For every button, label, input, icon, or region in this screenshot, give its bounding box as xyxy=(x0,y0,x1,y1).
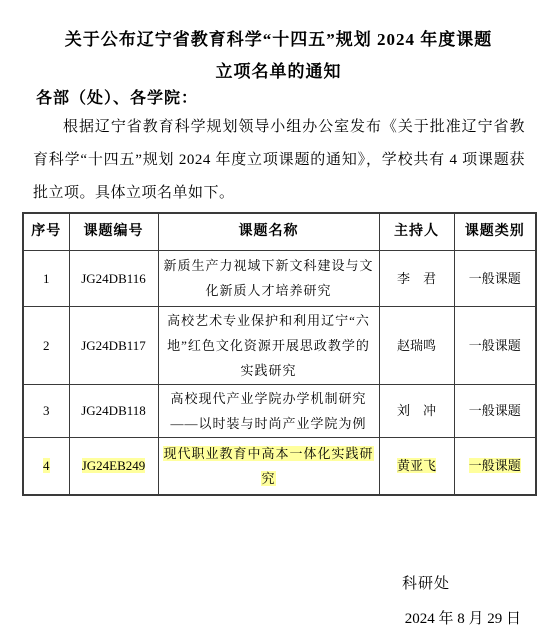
row-code: JG24DB118 xyxy=(81,403,146,418)
col-header-category: 课题类别 xyxy=(454,213,536,250)
title-line-2: 立项名单的通知 xyxy=(22,56,535,88)
row-title: 高校现代产业学院办学机制研究——以时装与时尚产业学院为例 xyxy=(170,391,366,431)
signature: 科研处 xyxy=(0,572,450,593)
row-leader: 李 君 xyxy=(397,271,436,286)
salutation: 各部（处）、各学院： xyxy=(36,85,198,108)
col-header-leader: 主持人 xyxy=(379,213,454,250)
table-row-highlighted: 4 JG24EB249 现代职业教育中高本一体化实践研究 黄亚飞 一般课题 xyxy=(23,437,536,495)
row-no: 1 xyxy=(43,271,50,286)
row-no: 3 xyxy=(43,403,50,418)
body-paragraph: 根据辽宁省教育科学规划领导小组办公室发布《关于批准辽宁省教育科学“十四五”规划 … xyxy=(33,111,525,210)
row-code: JG24DB116 xyxy=(81,271,146,286)
table-row: 2 JG24DB117 高校艺术专业保护和利用辽宁“六地”红色文化资源开展思政教… xyxy=(23,306,536,384)
project-table: 序号 课题编号 课题名称 主持人 课题类别 1 JG24DB116 新质生产力视… xyxy=(22,212,537,496)
col-header-no: 序号 xyxy=(23,213,69,250)
table-header-row: 序号 课题编号 课题名称 主持人 课题类别 xyxy=(23,213,536,250)
date: 2024 年 8 月 29 日 xyxy=(0,607,521,628)
row-code: JG24EB249 xyxy=(82,458,146,473)
row-leader: 赵瑞鸣 xyxy=(397,338,436,353)
document-page: 关于公布辽宁省教育科学“十四五”规划 2024 年度课题 立项名单的通知 各部（… xyxy=(0,0,557,644)
row-category: 一般课题 xyxy=(469,271,521,286)
row-no: 4 xyxy=(43,458,50,473)
title-line-1: 关于公布辽宁省教育科学“十四五”规划 2024 年度课题 xyxy=(22,24,535,56)
table-row: 3 JG24DB118 高校现代产业学院办学机制研究——以时装与时尚产业学院为例… xyxy=(23,384,536,437)
row-title: 高校艺术专业保护和利用辽宁“六地”红色文化资源开展思政教学的实践研究 xyxy=(167,313,370,378)
row-no: 2 xyxy=(43,338,50,353)
row-category: 一般课题 xyxy=(469,458,521,473)
row-leader: 黄亚飞 xyxy=(397,458,436,473)
col-header-title: 课题名称 xyxy=(158,213,379,250)
table-row: 1 JG24DB116 新质生产力视域下新文科建设与文化新质人才培养研究 李 君… xyxy=(23,250,536,306)
row-leader: 刘 冲 xyxy=(397,403,436,418)
row-category: 一般课题 xyxy=(469,403,521,418)
row-title: 现代职业教育中高本一体化实践研究 xyxy=(163,446,373,486)
row-category: 一般课题 xyxy=(469,338,521,353)
col-header-code: 课题编号 xyxy=(69,213,158,250)
row-title: 新质生产力视域下新文科建设与文化新质人才培养研究 xyxy=(163,258,373,298)
row-code: JG24DB117 xyxy=(81,338,146,353)
document-title: 关于公布辽宁省教育科学“十四五”规划 2024 年度课题 立项名单的通知 xyxy=(22,24,535,88)
